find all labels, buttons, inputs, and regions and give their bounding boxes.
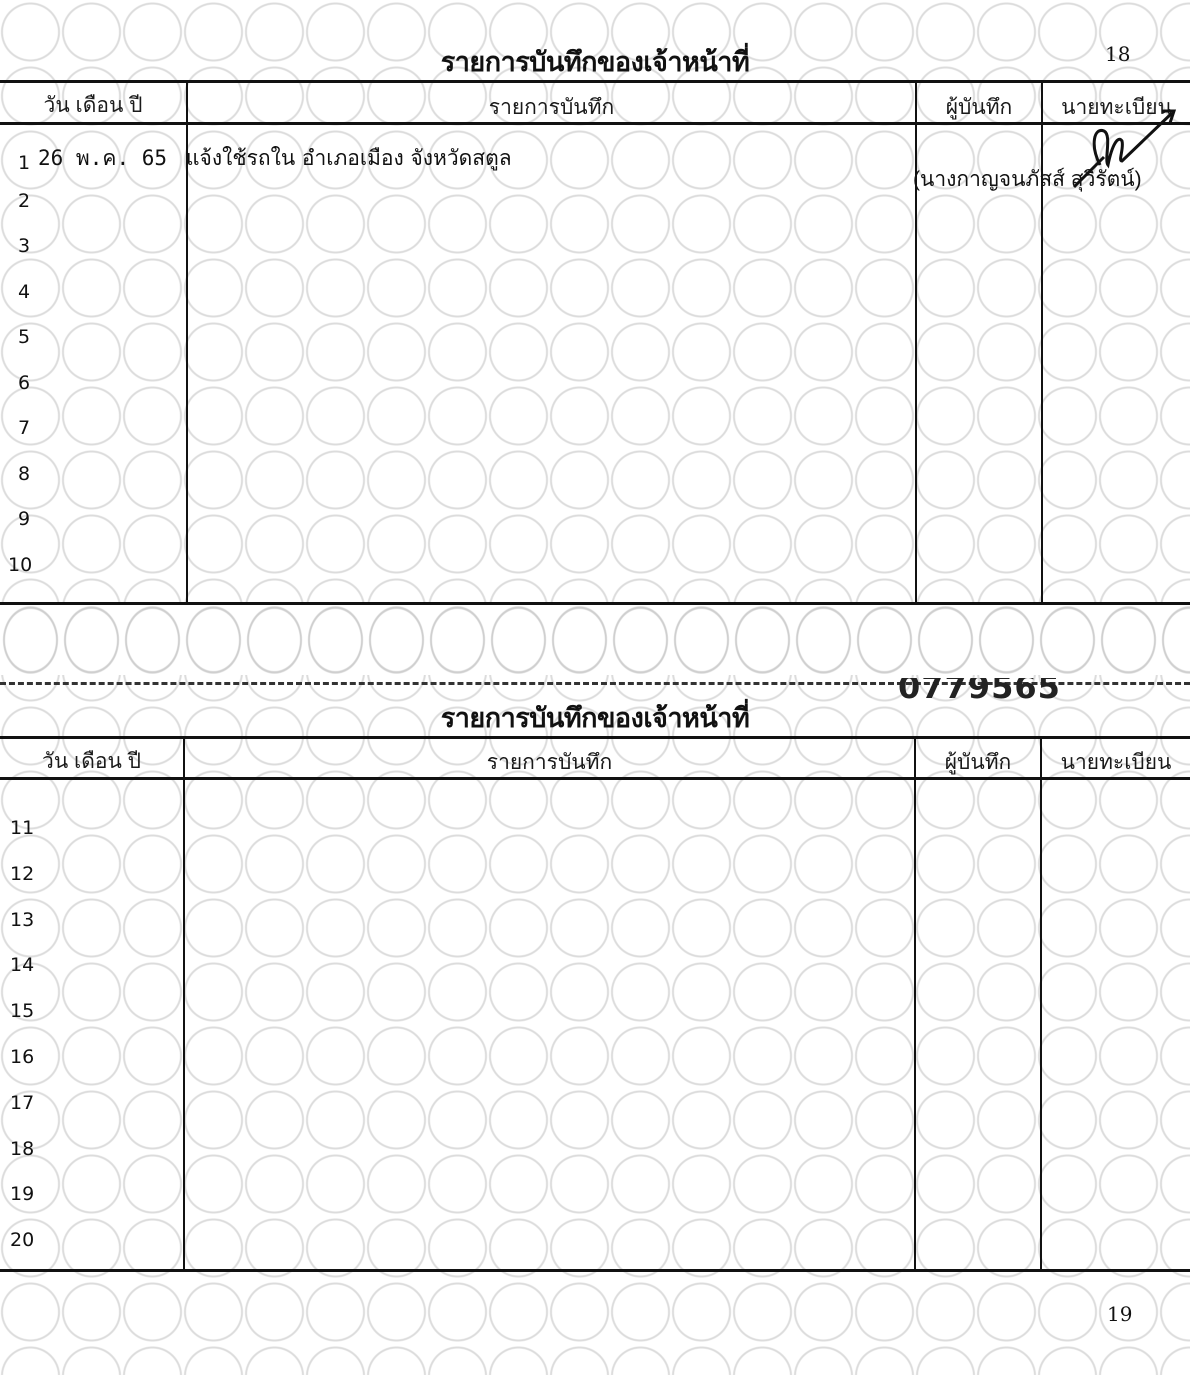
column-header-date: วัน เดือน ปี: [0, 89, 186, 122]
column-divider: [914, 736, 916, 1271]
row-number: 15: [10, 1000, 34, 1022]
column-header-registrar: นายทะเบียน: [1042, 746, 1190, 779]
entry-date: 26 พ.ค. 65: [38, 142, 167, 175]
row-number: 3: [18, 235, 30, 257]
row-number: 19: [10, 1183, 34, 1205]
row-number: 5: [18, 326, 30, 348]
table-bottom-border: [0, 602, 1190, 605]
column-header-entry: รายการบันทึก: [188, 91, 915, 124]
page-title: รายการบันทึกของเจ้าหน้าที่: [0, 696, 1190, 739]
row-number: 13: [10, 909, 34, 931]
column-divider: [1041, 80, 1043, 604]
table-bottom-border: [0, 1269, 1190, 1272]
column-header-recorder: ผู้บันทึก: [917, 91, 1041, 124]
column-divider: [915, 80, 917, 604]
row-number: 1: [18, 152, 30, 174]
row-number: 20: [10, 1229, 34, 1251]
page-number: 18: [1105, 42, 1130, 66]
page-title: รายการบันทึกของเจ้าหน้าที่: [0, 40, 1190, 83]
row-number: 7: [18, 417, 30, 439]
row-number: 14: [10, 954, 34, 976]
row-number: 11: [10, 817, 34, 839]
column-header-entry: รายการบันทึก: [185, 746, 914, 779]
column-divider: [1040, 736, 1042, 1271]
table-top-border: [0, 80, 1190, 83]
column-header-date: วัน เดือน ปี: [0, 745, 183, 778]
watermark-band: [0, 605, 1190, 675]
row-number: 4: [18, 281, 30, 303]
row-number: 12: [10, 863, 34, 885]
row-number: 10: [8, 554, 32, 576]
row-number: 17: [10, 1092, 34, 1114]
page-number: 19: [1107, 1302, 1132, 1326]
row-number: 2: [18, 190, 30, 212]
row-number: 8: [18, 463, 30, 485]
row-number: 6: [18, 372, 30, 394]
signature-icon: [1060, 105, 1180, 195]
row-number: 18: [10, 1138, 34, 1160]
column-header-recorder: ผู้บันทึก: [916, 746, 1040, 779]
row-number: 9: [18, 508, 30, 530]
entry-text: แจ้งใช้รถใน อำเภอเมือง จังหวัดสตูล: [186, 142, 512, 175]
row-number: 16: [10, 1046, 34, 1068]
table-top-border: [0, 736, 1190, 739]
column-divider: [183, 736, 185, 1271]
